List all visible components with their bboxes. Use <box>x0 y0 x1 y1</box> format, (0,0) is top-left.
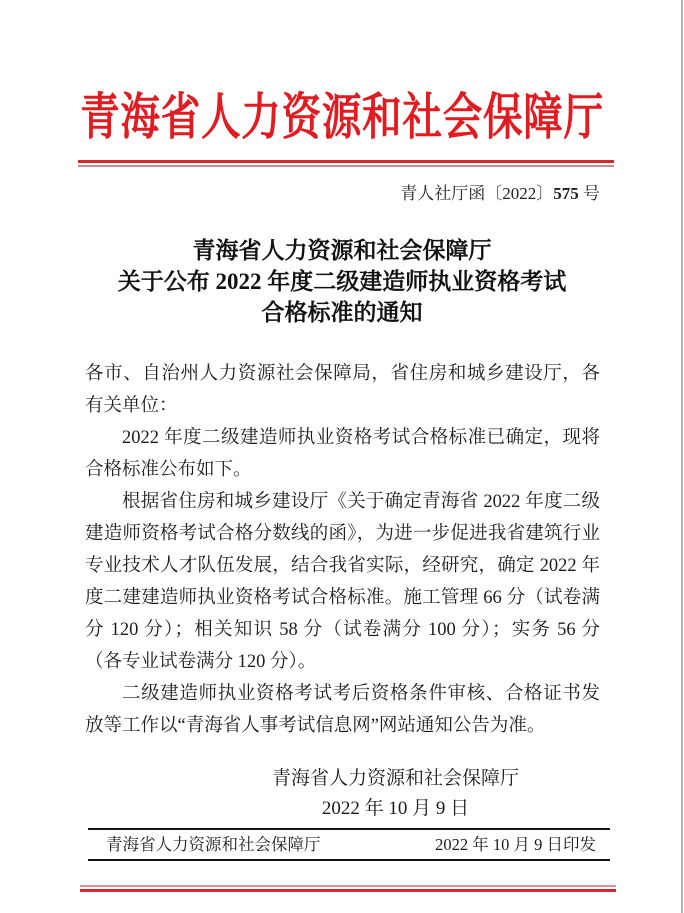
document-number-value: 575 <box>553 184 579 203</box>
document-page: 青海省人力资源和社会保障厅 青人社厅函〔2022〕575 号 青海省人力资源和社… <box>0 0 684 913</box>
masthead-rule-thin <box>78 165 614 167</box>
footer-divider-bottom <box>88 859 610 861</box>
document-title-line-1: 青海省人力资源和社会保障厅 <box>0 235 684 266</box>
page-edge-line <box>681 0 683 913</box>
document-number-prefix: 青人社厅函〔2022〕 <box>400 184 553 203</box>
signature-block: 青海省人力资源和社会保障厅 2022 年 10 月 9 日 <box>272 764 519 824</box>
document-title-line-3: 合格标准的通知 <box>0 297 684 328</box>
footer: 青海省人力资源和社会保障厅 2022 年 10 月 9 日印发 <box>88 828 610 861</box>
masthead-rule <box>78 160 614 167</box>
body-paragraph-3: 二级建造师执业资格考试考后资格条件审核、合格证书发放等工作以“青海省人事考试信息… <box>85 678 600 742</box>
document-title: 青海省人力资源和社会保障厅 关于公布 2022 年度二级建造师执业资格考试 合格… <box>0 235 684 328</box>
footer-issuer: 青海省人力资源和社会保障厅 <box>106 835 321 854</box>
footer-print-date: 2022 年 10 月 9 日印发 <box>435 835 596 854</box>
agency-masthead: 青海省人力资源和社会保障厅 <box>72 88 612 146</box>
footer-row: 青海省人力资源和社会保障厅 2022 年 10 月 9 日印发 <box>88 830 610 859</box>
document-body: 各市、自治州人力资源社会保障局，省住房和城乡建设厅，各有关单位： 2022 年度… <box>85 358 600 742</box>
masthead-rule-thick <box>78 160 614 163</box>
bottom-red-rule <box>80 885 616 892</box>
bottom-red-rule-thin <box>80 885 616 887</box>
document-number: 青人社厅函〔2022〕575 号 <box>0 183 600 205</box>
body-paragraph-2: 根据省住房和城乡建设厅《关于确定青海省 2022 年度二级建造师资格考试合格分数… <box>85 486 600 678</box>
signature-org: 青海省人力资源和社会保障厅 <box>272 764 519 794</box>
bottom-red-rule-thick <box>80 889 616 892</box>
document-title-line-2: 关于公布 2022 年度二级建造师执业资格考试 <box>0 266 684 297</box>
body-paragraph-1: 2022 年度二级建造师执业资格考试合格标准已确定，现将合格标准公布如下。 <box>85 422 600 486</box>
signature-date: 2022 年 10 月 9 日 <box>272 794 519 824</box>
document-number-suffix: 号 <box>579 184 600 203</box>
salutation: 各市、自治州人力资源社会保障局，省住房和城乡建设厅，各有关单位： <box>85 358 600 422</box>
